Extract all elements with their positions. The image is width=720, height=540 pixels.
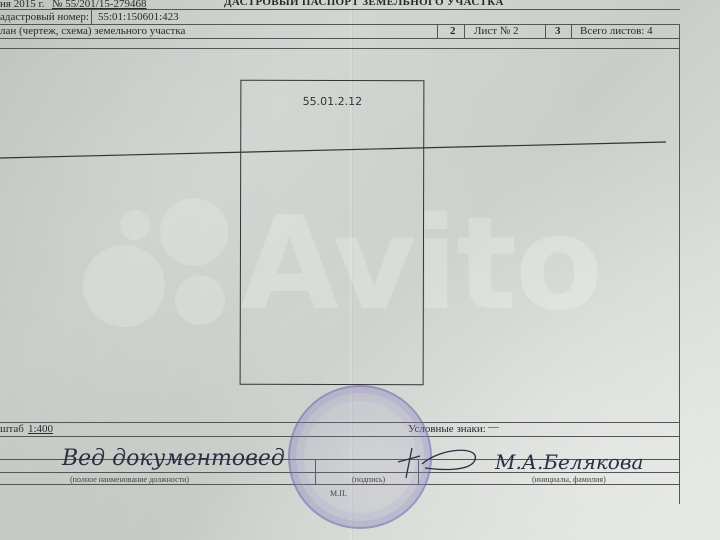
name-caption: (инициалы, фамилия) xyxy=(532,475,606,484)
name-handwritten: М.А.Белякова xyxy=(495,450,643,474)
